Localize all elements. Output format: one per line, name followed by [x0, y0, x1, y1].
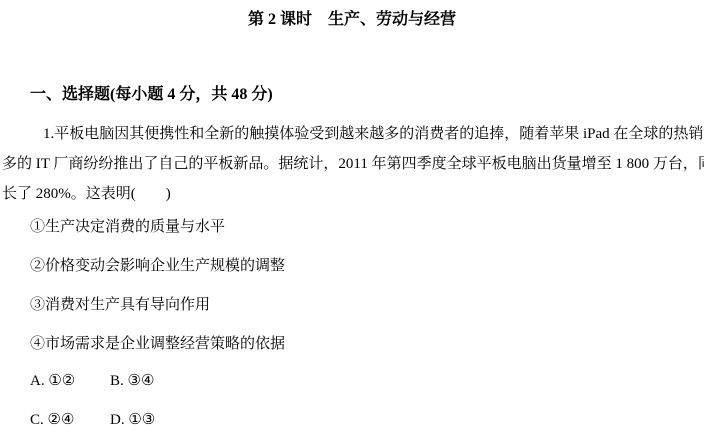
- question-statement-1: ①生产决定消费的质量与水平: [30, 218, 225, 237]
- section-heading: 一、选择题(每小题 4 分，共 48 分): [30, 85, 273, 104]
- question-statement-3: ③消费对生产具有导向作用: [30, 296, 210, 315]
- answer-choice-c: C. ②④: [30, 411, 74, 430]
- answer-choice-b: B. ③④: [110, 372, 154, 391]
- answer-choice-d: D. ①③: [110, 411, 155, 430]
- question-statement-2: ②价格变动会影响企业生产规模的调整: [30, 257, 285, 276]
- question-text-line-1: 1.平板电脑因其便携性和全新的触摸体验受到越来越多的消费者的追捧，随着苹果 iP…: [43, 125, 704, 144]
- question-text-line-3: 长了 280%。这表明( ): [2, 185, 171, 204]
- page-title: 第 2 课时 生产、劳动与经营: [0, 10, 704, 29]
- answer-choice-a: A. ①②: [30, 372, 75, 391]
- question-statement-4: ④市场需求是企业调整经营策略的依据: [30, 335, 285, 354]
- question-text-line-2: 多的 IT 厂商纷纷推出了自己的平板新品。据统计，2011 年第四季度全球平板电…: [2, 155, 704, 174]
- document-page: 第 2 课时 生产、劳动与经营 一、选择题(每小题 4 分，共 48 分) 1.…: [0, 0, 704, 448]
